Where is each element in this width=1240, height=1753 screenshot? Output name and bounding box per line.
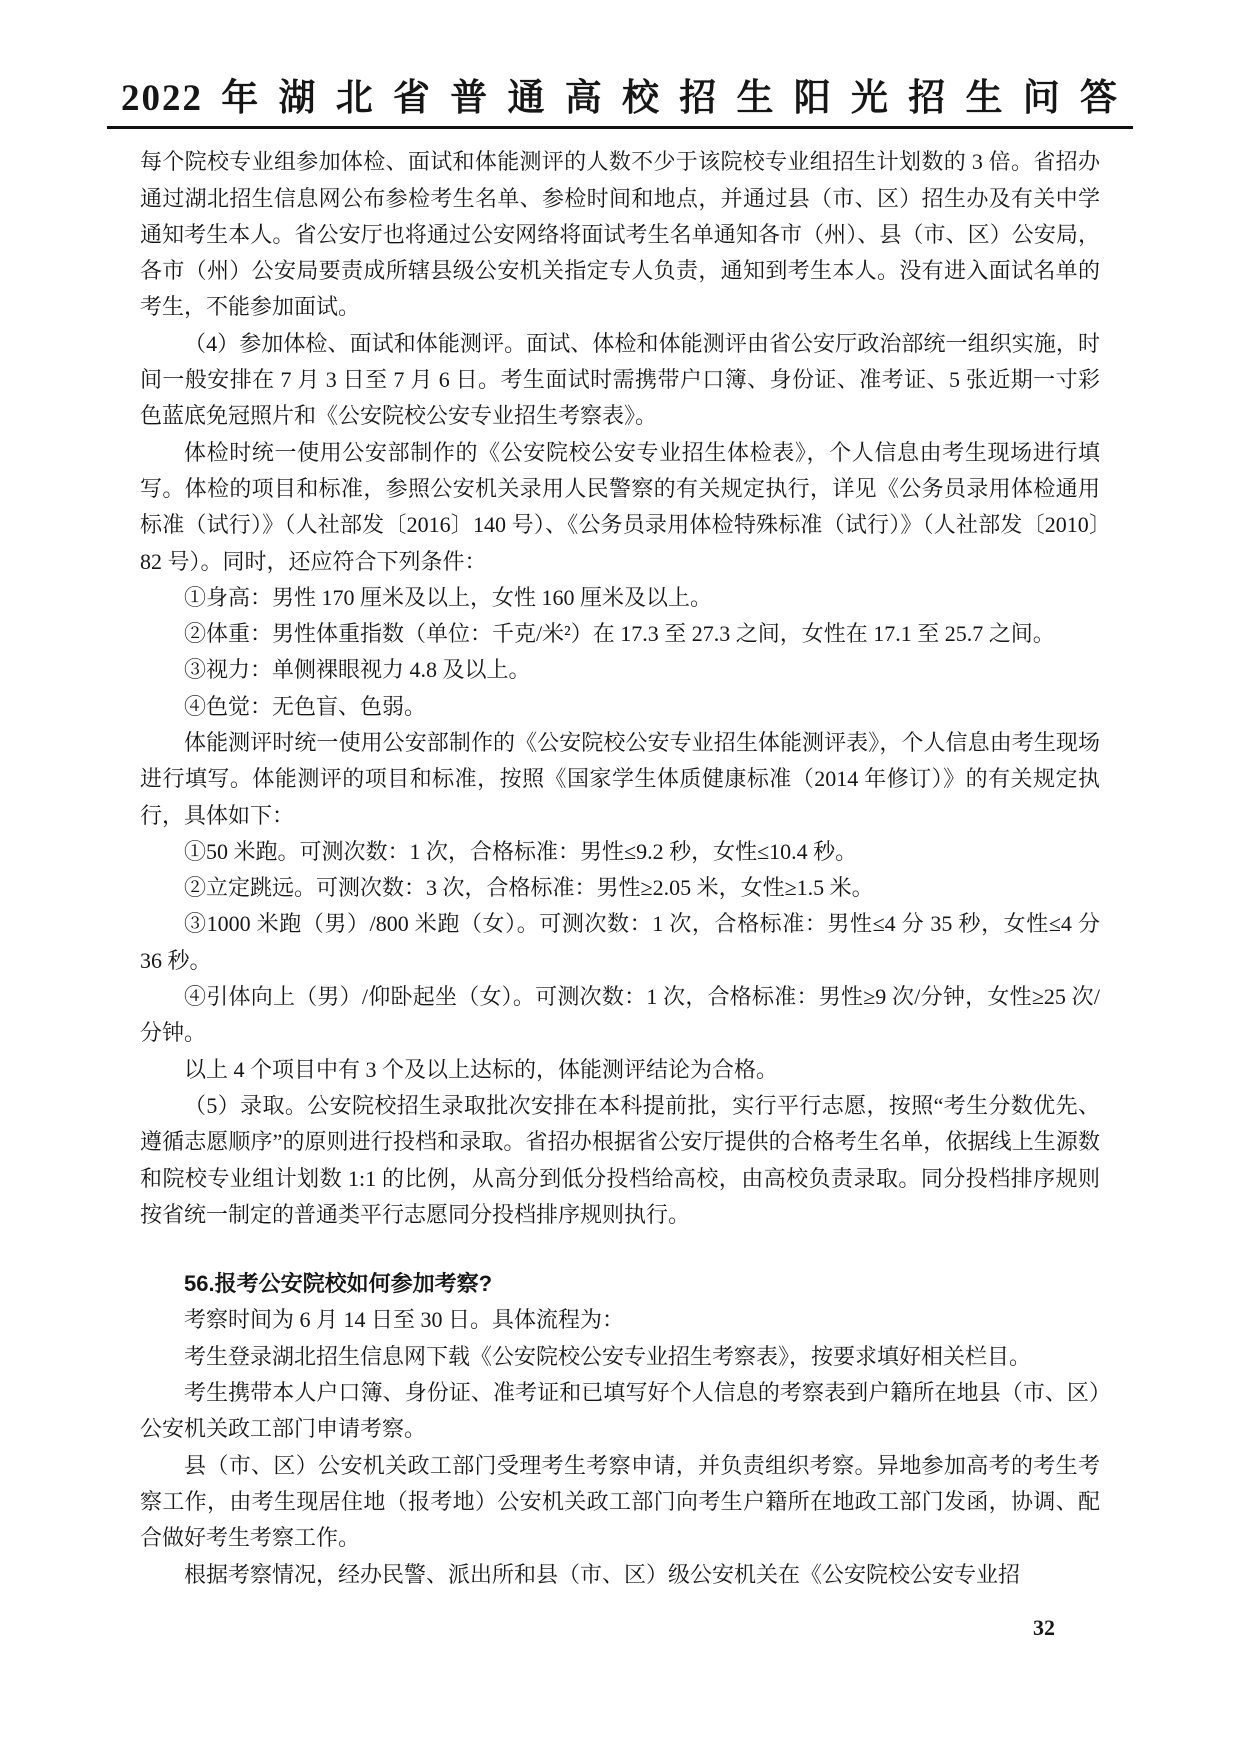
paragraph: 以上 4 个项目中有 3 个及以上达标的，体能测评结论为合格。 [140,1052,1100,1088]
paragraph: ③视力：单侧裸眼视力 4.8 及以上。 [140,652,1100,688]
page-number: 32 [1033,1615,1055,1640]
paragraph: （5）录取。公安院校招生录取批次安排在本科提前批，实行平行志愿，按照“考生分数优… [140,1088,1100,1233]
header-title: 2022 年 湖 北 省 普 通 高 校 招 生 阳 光 招 生 问 答 [107,76,1133,129]
paragraph: ④引体向上（男）/仰卧起坐（女）。可测次数：1 次，合格标准：男性≥9 次/分钟… [140,979,1100,1052]
document-page: 2022 年 湖 北 省 普 通 高 校 招 生 阳 光 招 生 问 答 每个院… [0,0,1240,1753]
paragraph: （4）参加体检、面试和体能测评。面试、体检和体能测评由省公安厅政治部统一组织实施… [140,326,1100,435]
paragraph: ①身高：男性 170 厘米及以上，女性 160 厘米及以上。 [140,580,1100,616]
paragraph: 县（市、区）公安机关政工部门受理考生考察申请，并负责组织考察。异地参加高考的考生… [140,1448,1100,1557]
paragraph: ③1000 米跑（男）/800 米跑（女）。可测次数：1 次，合格标准：男性≤4… [140,906,1100,979]
paragraph: 根据考察情况，经办民警、派出所和县（市、区）级公安机关在《公安院校公安专业招 [140,1557,1100,1593]
paragraph: 考生携带本人户口簿、身份证、准考证和已填写好个人信息的考察表到户籍所在地县（市、… [140,1375,1100,1448]
page-footer: 32 [1033,1615,1055,1641]
paragraph: 体检时统一使用公安部制作的《公安院校公安专业招生体检表》，个人信息由考生现场进行… [140,435,1100,580]
document-body: 每个院校专业组参加体检、面试和体能测评的人数不少于该院校专业组招生计划数的 3 … [140,144,1100,1593]
paragraph: 考生登录湖北招生信息网下载《公安院校公安专业招生考察表》，按要求填好相关栏目。 [140,1339,1100,1375]
paragraph: ②体重：男性体重指数（单位：千克/米²）在 17.3 至 27.3 之间，女性在… [140,616,1100,652]
paragraph: 体能测评时统一使用公安部制作的《公安院校公安专业招生体能测评表》，个人信息由考生… [140,725,1100,834]
paragraph: ①50 米跑。可测次数：1 次，合格标准：男性≤9.2 秒，女性≤10.4 秒。 [140,834,1100,870]
paragraph: ②立定跳远。可测次数：3 次，合格标准：男性≥2.05 米，女性≥1.5 米。 [140,870,1100,906]
paragraph: 每个院校专业组参加体检、面试和体能测评的人数不少于该院校专业组招生计划数的 3 … [140,144,1100,325]
question-heading: 56.报考公安院校如何参加考察? [140,1266,1100,1302]
page-header: 2022 年 湖 北 省 普 通 高 校 招 生 阳 光 招 生 问 答 [0,0,1240,129]
paragraph: 考察时间为 6 月 14 日至 30 日。具体流程为： [140,1302,1100,1338]
paragraph: ④色觉：无色盲、色弱。 [140,689,1100,725]
